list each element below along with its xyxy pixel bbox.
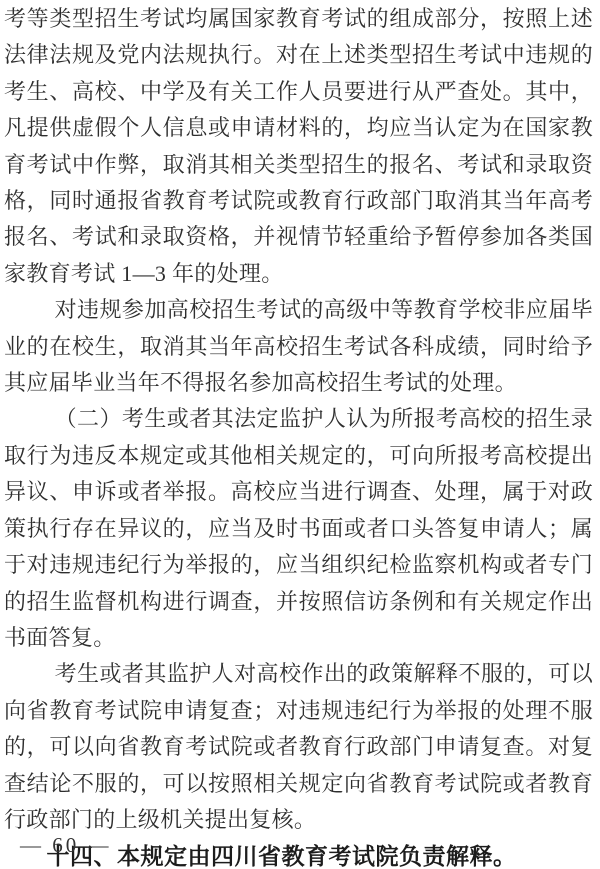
document-page: 考等类型招生考试均属国家教育考试的组成部分，按照上述法律法规及党内法规执行。对在… xyxy=(0,0,600,869)
paragraph-non-current-students: 对违规参加高校招生考试的高级中等教育学校非应届毕业的在校生，取消其当年高校招生考… xyxy=(4,292,593,401)
page-number: — 60 — xyxy=(20,833,112,858)
page-body: 考等类型招生考试均属国家教育考试的组成部分，按照上述法律法规及党内法规执行。对在… xyxy=(0,0,600,869)
paragraph-review-process: 考生或者其监护人对高校作出的政策解释不服的，可以向省教育考试院申请复查；对违规违… xyxy=(4,656,593,838)
paragraph-item-two-appeals: （二）考生或者其法定监护人认为所报考高校的招生录取行为违反本规定或其他相关规定的… xyxy=(4,401,593,656)
paragraph-continuation: 考等类型招生考试均属国家教育考试的组成部分，按照上述法律法规及党内法规执行。对在… xyxy=(4,1,593,292)
